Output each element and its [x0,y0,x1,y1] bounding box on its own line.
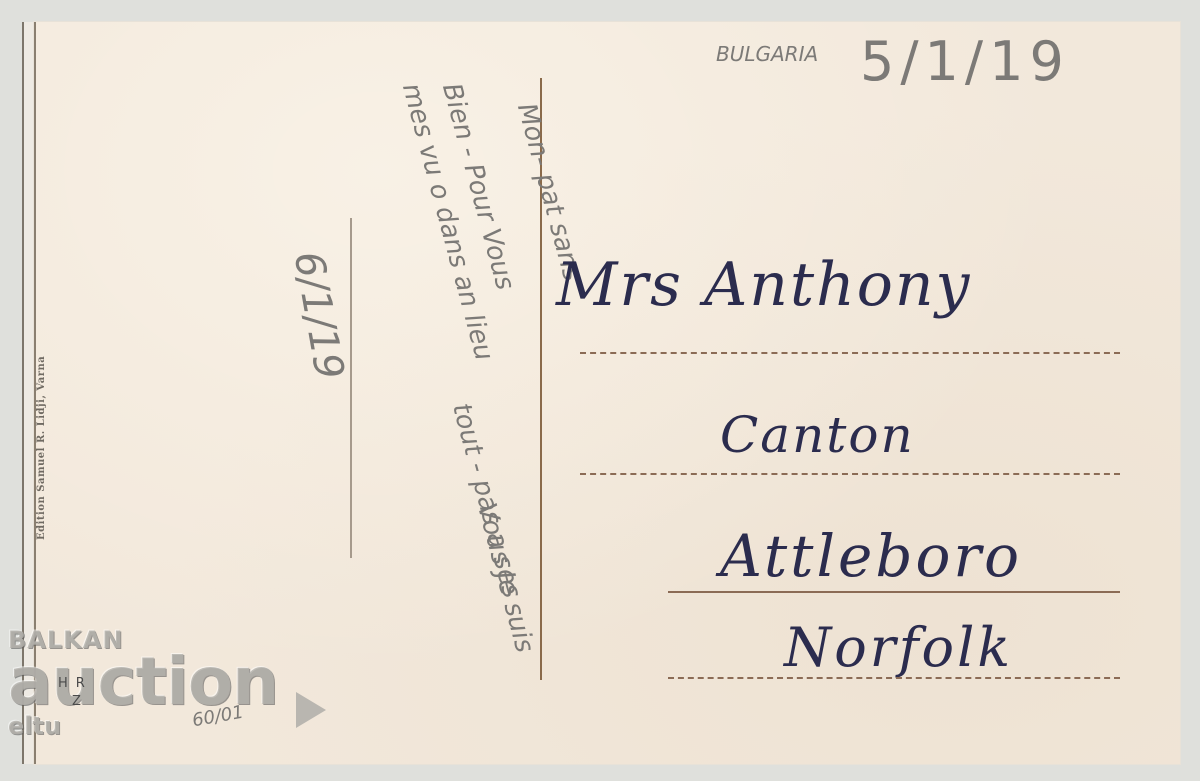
address-line-1: Mrs Anthony [556,250,971,320]
corner-code-sub: Z [72,694,81,709]
address-line-2: Canton [720,406,915,464]
address-line-3: Attleboro [720,522,1022,590]
watermark-play-arrow-icon [296,692,326,728]
address-rule-4 [668,677,1120,679]
corner-code: HR [58,676,93,691]
address-line-4: Norfolk [784,616,1013,679]
date-annotation: 5/1/19 [860,30,1070,93]
address-rule-3 [668,591,1120,593]
address-rule-1 [580,352,1120,354]
address-rule-2 [580,473,1120,475]
country-annotation: BULGARIA [716,42,818,66]
left-pencil-line [350,218,352,558]
publisher-imprint: Edition Samuel R. Lidji, Varna [36,356,47,540]
